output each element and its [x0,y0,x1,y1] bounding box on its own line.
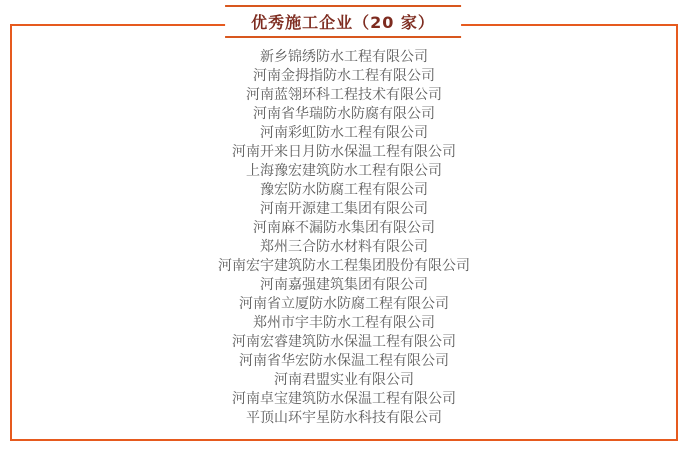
company-list-item: 郑州市宇丰防水工程有限公司 [12,314,676,333]
company-list-item: 河南麻不漏防水集团有限公司 [12,219,676,238]
company-list-item: 河南宏宇建筑防水工程集团股份有限公司 [12,257,676,276]
company-list-item: 河南嘉强建筑集团有限公司 [12,276,676,295]
section-header: 优秀施工企业（20 家） [225,5,461,38]
company-list-item: 上海豫宏建筑防水工程有限公司 [12,162,676,181]
company-list-item: 河南开源建工集团有限公司 [12,200,676,219]
page: 新乡锦绣防水工程有限公司河南金拇指防水工程有限公司河南蓝翎环科工程技术有限公司河… [0,0,686,455]
company-list-item: 平顶山环宇星防水科技有限公司 [12,409,676,428]
company-list-item: 河南宏睿建筑防水保温工程有限公司 [12,333,676,352]
company-list: 新乡锦绣防水工程有限公司河南金拇指防水工程有限公司河南蓝翎环科工程技术有限公司河… [12,26,676,428]
company-list-item: 河南省华宏防水保温工程有限公司 [12,352,676,371]
company-list-item: 河南彩虹防水工程有限公司 [12,124,676,143]
company-list-item: 郑州三合防水材料有限公司 [12,238,676,257]
company-list-item: 河南开来日月防水保温工程有限公司 [12,143,676,162]
company-list-item: 河南金拇指防水工程有限公司 [12,67,676,86]
company-list-item: 河南省华瑞防水防腐有限公司 [12,105,676,124]
company-list-item: 新乡锦绣防水工程有限公司 [12,48,676,67]
company-list-item: 豫宏防水防腐工程有限公司 [12,181,676,200]
company-list-item: 河南省立厦防水防腐工程有限公司 [12,295,676,314]
company-list-item: 河南蓝翎环科工程技术有限公司 [12,86,676,105]
company-list-panel: 新乡锦绣防水工程有限公司河南金拇指防水工程有限公司河南蓝翎环科工程技术有限公司河… [10,24,678,441]
company-list-item: 河南卓宝建筑防水保温工程有限公司 [12,390,676,409]
company-list-item: 河南君盟实业有限公司 [12,371,676,390]
section-title: 优秀施工企业（20 家） [251,10,435,33]
